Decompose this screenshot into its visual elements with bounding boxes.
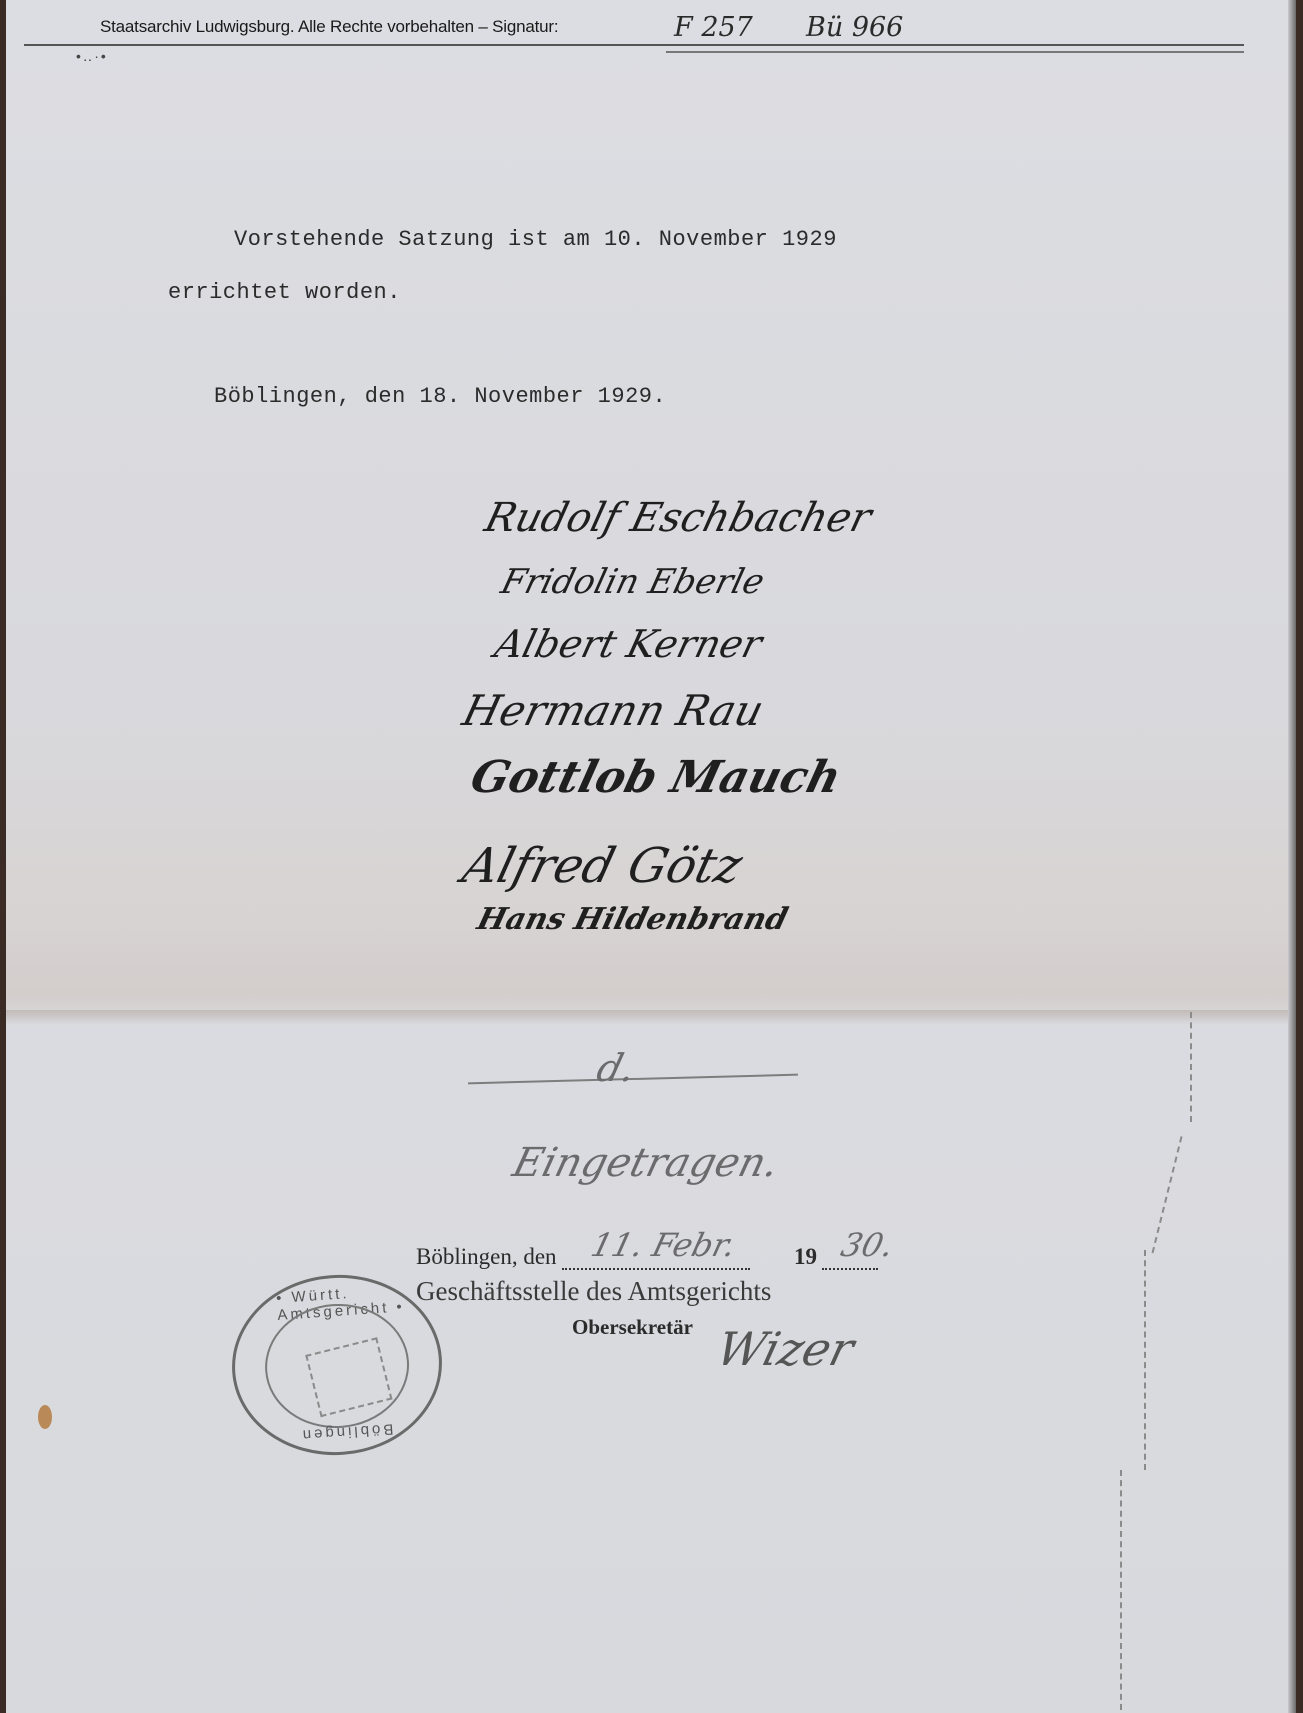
header-divider [24,44,1244,46]
court-office: Geschäftsstelle des Amtsgerichts [416,1276,771,1307]
pencil-mark: d. [593,1046,640,1090]
court-seal: • Württ. Amtsgericht • Böblingen [226,1268,448,1462]
ink-dots: •‥·• [76,48,108,65]
signature-3: Albert Kerner [491,622,767,666]
document-page: Staatsarchiv Ludwigsburg. Alle Rechte vo… [6,0,1296,1713]
signature-7: Hans Hildenbrand [474,902,792,937]
paper-stain [38,1405,52,1429]
page-edge [1288,0,1296,1713]
pencil-line [468,1074,798,1085]
signatur-fonds: F 257 [674,12,753,43]
signature-2: Fridolin Eberle [497,562,768,602]
signature-5: Gottlob Mauch [466,752,846,803]
typed-line-2: errichtet worden. [168,280,401,305]
year-prefix: 19 [794,1244,817,1270]
registration-annotation: Eingetragen. [508,1140,783,1186]
official-title: Obersekretär [572,1315,693,1340]
signatur-underline [666,51,1244,53]
signature-1: Rudolf Eschbacher [480,495,876,541]
margin-pencil-line-middle [1152,1136,1185,1253]
archive-notice: Staatsarchiv Ludwigsburg. Alle Rechte vo… [100,17,558,37]
year-dotted-line [822,1268,878,1271]
signature-4: Hermann Rau [458,686,769,735]
typed-line-1: Vorstehende Satzung ist am 10. November … [234,227,837,252]
margin-pencil-line-bottom [1120,1470,1124,1710]
official-signature: Wizer [711,1322,859,1376]
paper-fold [6,1010,1296,1024]
certification-year: 30. [837,1226,897,1264]
typed-place-date: Böblingen, den 18. November 1929. [214,384,666,409]
signatur-number: Bü 966 [806,12,903,43]
certification-date: 11. Febr. [587,1226,739,1264]
certification-place-label: Böblingen, den [416,1244,557,1270]
margin-pencil-line-lower [1144,1250,1148,1470]
date-dotted-line [562,1268,750,1271]
margin-pencil-line-upper [1190,1012,1194,1122]
seal-emblem [305,1337,392,1417]
signature-6: Alfred Götz [457,838,748,894]
